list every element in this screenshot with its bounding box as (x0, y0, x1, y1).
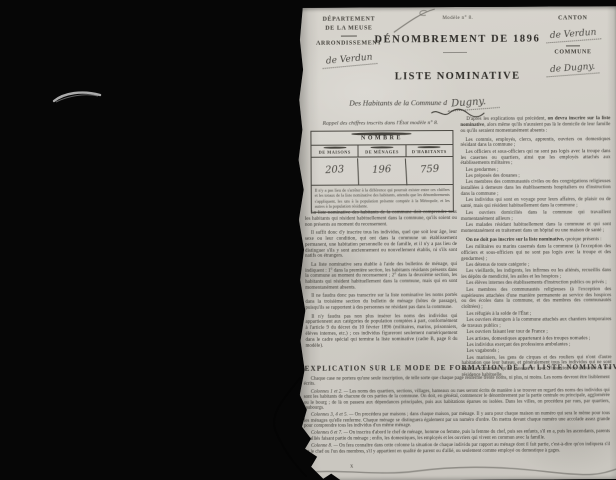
column-header: DE MAISONS (311, 146, 357, 157)
recall-table-columns: DE MAISONS DE MÉNAGES D'HABITANTS (311, 145, 452, 158)
list-item: Les membres des communautés religieuses … (461, 287, 611, 311)
departement-value: DE LA MEUSE (311, 24, 387, 33)
explanation-text: Chaque case ne portera qu'une seule insc… (304, 375, 610, 456)
recall-table: NOMBRE DE MAISONS DE MÉNAGES D'HABITANTS (310, 130, 453, 186)
explanation-title: EXPLICATION SUR LE MODE DE FORMATION DE … (305, 363, 611, 373)
paragraph: Il suffit donc d'y inscrire tous les ind… (305, 230, 457, 260)
arrondissement-handwritten: de Verdun (321, 52, 376, 69)
right-column-text: D'après les explications qui précèdent, … (460, 116, 611, 379)
recall-table-values: 203 196 759 (312, 157, 453, 185)
swelled-rule-ornament (418, 146, 441, 148)
canton-label: CANTON (536, 14, 610, 23)
intro-paragraph: D'après les explications qui précèdent, … (460, 116, 610, 134)
swelled-rule-ornament (370, 146, 393, 148)
list-item: Les individus qui sont en voyage pour le… (461, 198, 611, 210)
do-not-register-heading: On ne doit pas inscrire sur la liste nom… (461, 237, 611, 244)
left-column-text: La liste nominative des habitants de la … (305, 210, 458, 352)
list-item: Les malades résidant habituellement dans… (461, 222, 611, 234)
liste-nominative-title: LISTE NOMINATIVE (353, 70, 562, 82)
film-scratch-mark (48, 84, 108, 110)
paper-bottom-edge-shadow (295, 461, 616, 480)
list-item: Les ouvriers étrangers à la commune atta… (461, 317, 611, 329)
recall-note: Il n'y a pas lieu de s'arrêter à la diff… (311, 184, 454, 213)
swelled-rule-ornament (323, 147, 346, 149)
canton-handwritten: de Verdun (545, 27, 600, 43)
film-hair-artifact (258, 368, 334, 480)
swelled-rule-ornament (351, 132, 411, 135)
list-item: Les vieillards, les indigents, les infir… (461, 268, 611, 280)
list-item: Les élèves internes des établissements d… (461, 281, 611, 288)
list-item: Les ouvriers domiciliés dans la commune … (461, 210, 611, 222)
list-item: Les commis, employés, clercs, apprentis,… (460, 137, 610, 149)
commune-label: COMMUNE (536, 48, 610, 57)
paragraph: La liste nominative des habitants de la … (305, 210, 457, 228)
paragraph: Colonne 8. — On fera connaître dans cett… (304, 442, 610, 455)
departement-label: DÉPARTEMENT (311, 15, 387, 24)
list-item: Les officiers et sous-officiers qui ne s… (461, 149, 611, 167)
recall-caption: Rappel des chiffres inscrits dans l'État… (305, 120, 455, 127)
column-header: D'HABITANTS (405, 145, 452, 156)
header-right-block: CANTON de Verdun COMMUNE de Dugny. (536, 14, 610, 75)
pen-flourish (389, 7, 441, 35)
paragraph: Colonnes 1 et 2. — Les noms des quartier… (304, 388, 610, 411)
list-item: Les membres des communautés civiles ou d… (461, 180, 611, 198)
title-underline (443, 52, 467, 53)
value-habitants: 759 (405, 156, 454, 186)
list-item: Les militaires ou marins casernés dans l… (461, 244, 611, 262)
paragraph: La liste nominative sera établie à l'aid… (305, 262, 457, 292)
paragraph: Il ne faudra donc pas transcrire sur la … (305, 293, 457, 311)
recall-table-header: NOMBRE (311, 131, 452, 146)
paragraph: Chaque case ne portera qu'une seule insc… (304, 375, 610, 388)
page-title: DÉNOMBREMENT DE 1896 (353, 33, 562, 45)
paragraph: Il n'y faudra pas non plus insérer les n… (305, 313, 457, 349)
value-maisons: 203 (311, 156, 359, 186)
value-menages: 196 (357, 156, 405, 185)
paragraph: Colonnes 6 et 7. — On inscrira d'abord l… (304, 430, 610, 443)
document-page: DÉPARTEMENT DE LA MEUSE ARRONDISSEMENT d… (293, 6, 616, 480)
column-header: DE MÉNAGES (358, 145, 405, 156)
microfilm-scan-background: DÉPARTEMENT DE LA MEUSE ARRONDISSEMENT d… (0, 0, 616, 480)
paragraph: Colonnes 3, 4 et 5. — On procédera par m… (304, 412, 610, 430)
header-divider (566, 45, 580, 46)
